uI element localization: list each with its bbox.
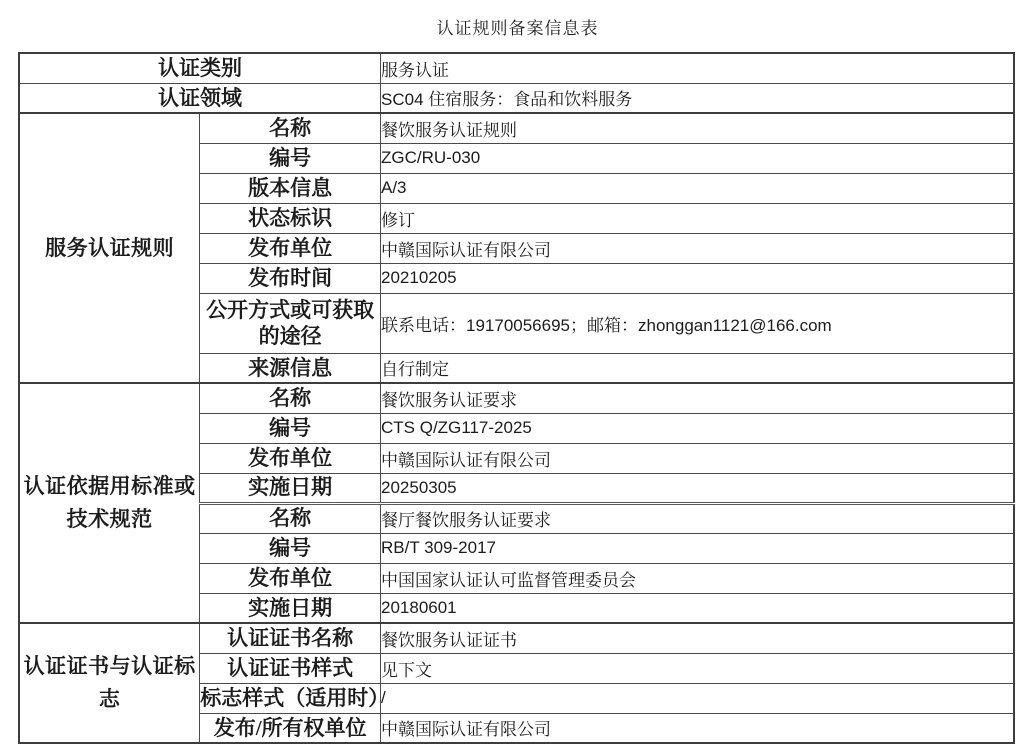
page-title: 认证规则备案信息表 xyxy=(0,14,1035,39)
field-value-cell: ZGC/RU-030 xyxy=(381,143,1015,173)
table-row: 服务认证规则 名称 餐饮服务认证规则 xyxy=(19,113,1014,143)
field-value-cell: 餐饮服务认证要求 xyxy=(381,383,1015,413)
field-label-cell: 发布单位 xyxy=(200,233,381,263)
field-value-cell: 联系电话：19170056695；邮箱：zhonggan1121@166.com xyxy=(381,293,1015,353)
filing-info-table: 认证类别 服务认证 认证领域 SC04 住宿服务：食品和饮料服务 服务认证规则 … xyxy=(18,52,1015,744)
field-value-cell: 餐饮服务认证规则 xyxy=(381,113,1015,143)
field-value-cell: RB/T 309-2017 xyxy=(381,533,1015,563)
field-value-cell: 见下文 xyxy=(381,653,1015,683)
field-label-cell: 编号 xyxy=(200,143,381,173)
field-value-cell: 餐厅餐饮服务认证要求 xyxy=(381,503,1015,533)
group-label-cell: 认证证书与认证标志 xyxy=(19,623,200,743)
table-row: 认证类别 服务认证 xyxy=(19,53,1014,83)
field-value-cell: 中国国家认证认可监督管理委员会 xyxy=(381,563,1015,593)
field-label-cell: 发布单位 xyxy=(200,563,381,593)
group-label-cell: 认证依据用标准或技术规范 xyxy=(19,383,200,623)
field-label-cell: 认证证书样式 xyxy=(200,653,381,683)
field-label-cell: 发布时间 xyxy=(200,263,381,293)
field-value-cell: CTS Q/ZG117-2025 xyxy=(381,413,1015,443)
table-row: 认证依据用标准或技术规范 名称 餐饮服务认证要求 xyxy=(19,383,1014,413)
field-label-cell: 版本信息 xyxy=(200,173,381,203)
group-label-cell: 服务认证规则 xyxy=(19,113,200,383)
field-value-cell: / xyxy=(381,683,1015,713)
field-label-cell: 实施日期 xyxy=(200,473,381,503)
field-label-cell: 发布单位 xyxy=(200,443,381,473)
field-label-cell: 发布/所有权单位 xyxy=(200,713,381,743)
field-label-cell: 名称 xyxy=(200,503,381,533)
field-value-cell: 服务认证 xyxy=(381,53,1015,83)
table-row: 认证领域 SC04 住宿服务：食品和饮料服务 xyxy=(19,83,1014,113)
field-value-cell: 中赣国际认证有限公司 xyxy=(381,233,1015,263)
field-value-cell: 中赣国际认证有限公司 xyxy=(381,443,1015,473)
field-value-cell: 20210205 xyxy=(381,263,1015,293)
field-value-cell: 餐饮服务认证证书 xyxy=(381,623,1015,653)
field-label-cell: 来源信息 xyxy=(200,353,381,383)
field-value-cell: 修订 xyxy=(381,203,1015,233)
field-label-cell: 编号 xyxy=(200,533,381,563)
field-value-cell: 中赣国际认证有限公司 xyxy=(381,713,1015,743)
field-label-cell: 公开方式或可获取的途径 xyxy=(200,293,381,353)
field-label-cell: 标志样式（适用时） xyxy=(200,683,381,713)
field-label-cell: 认证类别 xyxy=(19,53,381,83)
field-label-cell: 名称 xyxy=(200,113,381,143)
field-label-cell: 认证领域 xyxy=(19,83,381,113)
field-label-cell: 状态标识 xyxy=(200,203,381,233)
field-value-cell: A/3 xyxy=(381,173,1015,203)
field-value-cell: 20180601 xyxy=(381,593,1015,623)
field-label-cell: 名称 xyxy=(200,383,381,413)
field-label-cell: 编号 xyxy=(200,413,381,443)
field-value-cell: SC04 住宿服务：食品和饮料服务 xyxy=(381,83,1015,113)
field-label-cell: 认证证书名称 xyxy=(200,623,381,653)
field-label-cell: 实施日期 xyxy=(200,593,381,623)
field-value-cell: 20250305 xyxy=(381,473,1015,503)
document-page: 认证规则备案信息表 认证类别 服务认证 认证领域 SC04 住宿服务：食品和饮料… xyxy=(0,0,1035,756)
field-value-cell: 自行制定 xyxy=(381,353,1015,383)
table-row: 认证证书与认证标志 认证证书名称 餐饮服务认证证书 xyxy=(19,623,1014,653)
